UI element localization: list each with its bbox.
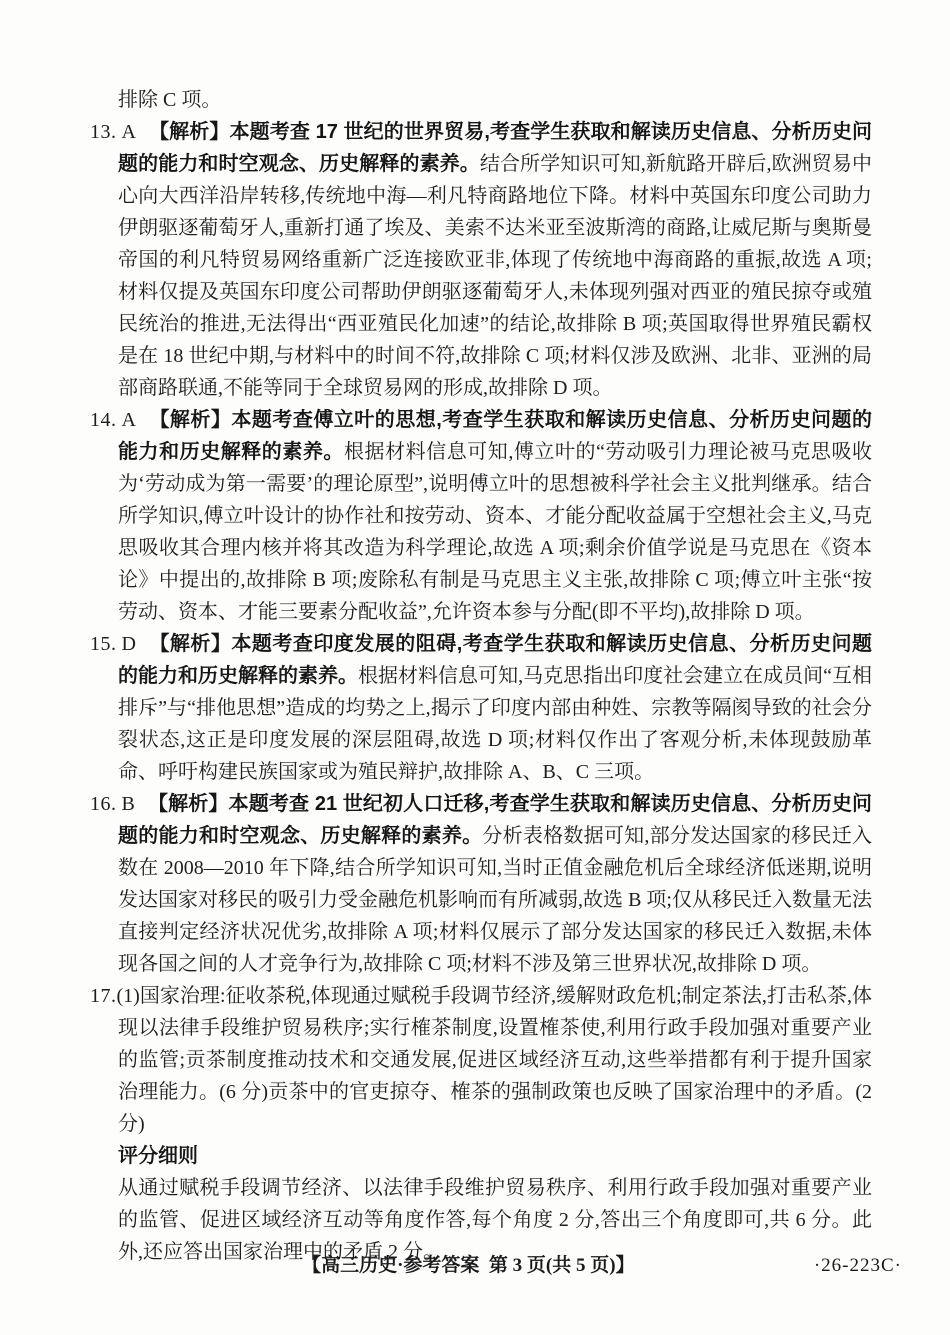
analysis-body: 根据材料信息可知,傅立叶的“劳动吸引力理论被马克思吸收为‘劳动成为第一需要’的理… — [118, 441, 872, 623]
answer-item-17: 17.(1)国家治理:征收茶税,体现通过赋税手段调节经济,缓解财政危机;制定茶法… — [90, 980, 872, 1140]
question-number: 17. — [90, 985, 117, 1007]
footer-doc-code: ·26-223C· — [814, 1251, 902, 1281]
carryover-text: 排除 C 项。 — [118, 84, 872, 116]
answer-item-15: 15.D【解析】本题考查印度发展的阻碍,考查学生获取和解读历史信息、分析历史问题… — [90, 628, 872, 788]
answer-letter: D — [122, 633, 136, 655]
answer-item-13: 13.A【解析】本题考查 17 世纪的世界贸易,考查学生获取和解读历史信息、分析… — [90, 116, 872, 404]
answer-letter: A — [122, 121, 136, 143]
question-number: 16. — [90, 793, 117, 815]
page-footer: 【高三历史·参考答案 第 3 页(共 5 页)】 ·26-223C· — [0, 1251, 950, 1281]
rubric-heading: 评分细则 — [118, 1140, 872, 1172]
footer-page-label: 【高三历史·参考答案 第 3 页(共 5 页)】 — [302, 1251, 634, 1281]
question-number: 15. — [90, 633, 117, 655]
analysis-body: 分析表格数据可知,部分发达国家的移民迁入数在 2008—2010 年下降,结合所… — [118, 825, 872, 975]
document-page: 排除 C 项。 13.A【解析】本题考查 17 世纪的世界贸易,考查学生获取和解… — [0, 0, 950, 1335]
answer-body: (1)国家治理:征收茶税,体现通过赋税手段调节经济,缓解财政危机;制定茶法,打击… — [117, 985, 873, 1135]
answer-item-14: 14.A【解析】本题考查傅立叶的思想,考查学生获取和解读历史信息、分析历史问题的… — [90, 404, 872, 628]
answer-item-16: 16.B【解析】本题考查 21 世纪初人口迁移,考查学生获取和解读历史信息、分析… — [90, 788, 872, 980]
answer-letter: B — [122, 793, 135, 815]
analysis-body: 结合所学知识可知,新航路开辟后,欧洲贸易中心向大西洋沿岸转移,传统地中海—利凡特… — [118, 153, 872, 399]
answer-key-body: 排除 C 项。 13.A【解析】本题考查 17 世纪的世界贸易,考查学生获取和解… — [90, 84, 872, 1268]
answer-letter: A — [122, 409, 136, 431]
question-number: 13. — [90, 121, 117, 143]
question-number: 14. — [90, 409, 117, 431]
